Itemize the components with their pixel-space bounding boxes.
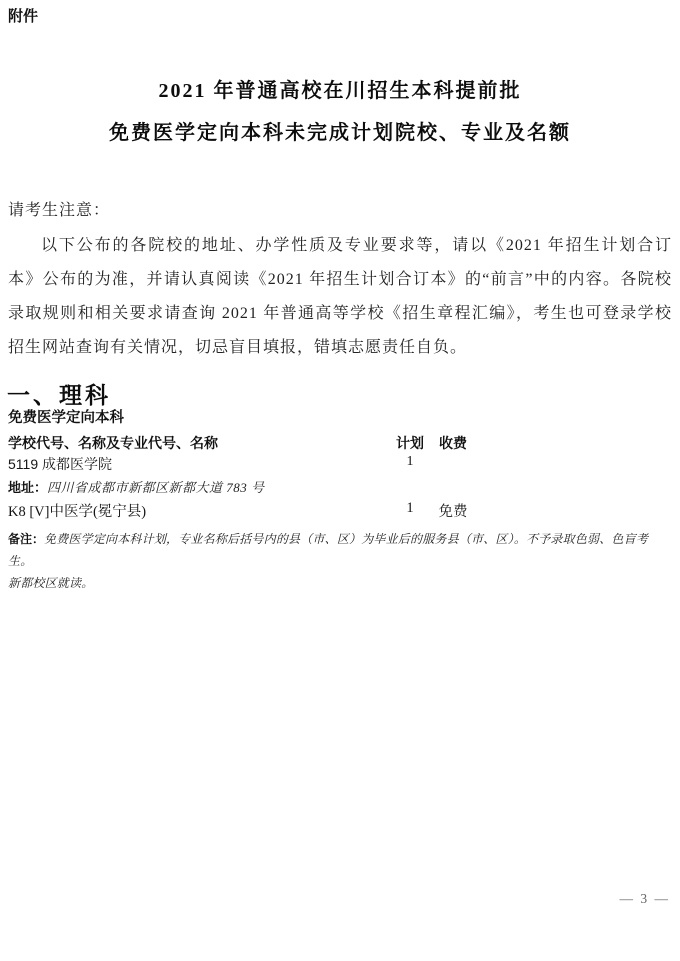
table-row-address: 地址：四川省成都市新都区新都大道 783 号 bbox=[0, 477, 680, 495]
notice-paragraph: 以下公布的各院校的地址、办学性质及专业要求等，请以《2021 年招生计划合订 本… bbox=[8, 229, 672, 365]
address-label: 地址： bbox=[8, 480, 47, 495]
page-number: — 3 — bbox=[620, 891, 671, 907]
column-header-school: 学校代号、名称及专业代号、名称 bbox=[8, 433, 218, 453]
attachment-label: 附件 bbox=[8, 5, 38, 26]
notice-line: 以下公布的各院校的地址、办学性质及专业要求等，请以《2021 年招生计划合订 bbox=[8, 229, 672, 263]
remark-block: 备注：免费医学定向本科计划，专业名称后括号内的县（市、区）为毕业后的服务县（市、… bbox=[8, 528, 672, 594]
major-code-name: K8 [V]中医学(冕宁县) bbox=[8, 500, 146, 521]
notice-line: 招生网站查询有关情况，切忌盲目填报，错填志愿责任自负。 bbox=[8, 331, 672, 365]
column-header-fee: 收费 bbox=[430, 433, 476, 453]
table-header-row: 学校代号、名称及专业代号、名称 计划 收费 bbox=[0, 433, 680, 451]
document-page: 附件 2021 年普通高校在川招生本科提前批 免费医学定向本科未完成计划院校、专… bbox=[0, 0, 680, 961]
school-address: 地址：四川省成都市新都区新都大道 783 号 bbox=[8, 477, 265, 496]
table-row-school: 5119 成都医学院 1 bbox=[0, 454, 680, 472]
major-fee: 免费 bbox=[430, 500, 476, 521]
document-title-line2: 免费医学定向本科未完成计划院校、专业及名额 bbox=[0, 112, 680, 154]
school-code-name: 5119 成都医学院 bbox=[8, 454, 112, 474]
school-plan-count: 1 bbox=[388, 454, 432, 470]
document-title: 2021 年普通高校在川招生本科提前批 免费医学定向本科未完成计划院校、专业及名… bbox=[0, 70, 680, 154]
major-plan-count: 1 bbox=[388, 500, 432, 517]
remark-text-line2: 新都校区就读。 bbox=[8, 572, 672, 594]
column-header-plan: 计划 bbox=[388, 433, 432, 453]
document-title-line1: 2021 年普通高校在川招生本科提前批 bbox=[0, 70, 680, 112]
notice-line: 本》公布的为准，并请认真阅读《2021 年招生计划合订本》的“前言”中的内容。各… bbox=[8, 263, 672, 297]
subsection-heading: 免费医学定向本科 bbox=[8, 406, 124, 427]
table-row-major: K8 [V]中医学(冕宁县) 1 免费 bbox=[0, 500, 680, 518]
notice-heading: 请考生注意： bbox=[8, 197, 110, 220]
remark-text-line1: 免费医学定向本科计划，专业名称后括号内的县（市、区）为毕业后的服务县（市、区）。… bbox=[8, 532, 648, 568]
remark-label: 备注： bbox=[8, 532, 44, 546]
address-text: 四川省成都市新都区新都大道 783 号 bbox=[47, 480, 265, 495]
notice-line: 录取规则和相关要求请查询 2021 年普通高等学校《招生章程汇编》，考生也可登录… bbox=[8, 297, 672, 331]
